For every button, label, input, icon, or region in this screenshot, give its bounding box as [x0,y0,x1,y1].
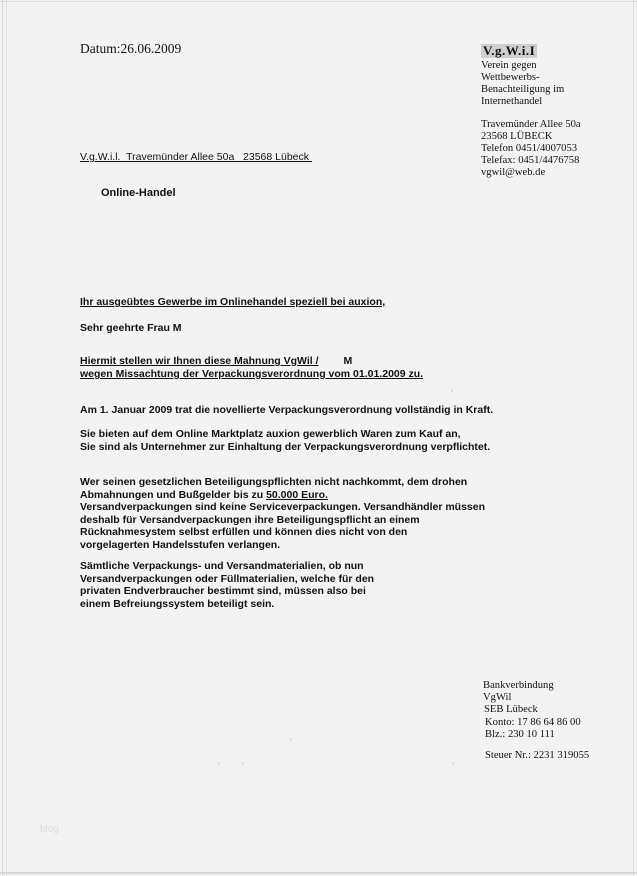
page-border-right [633,0,634,876]
body-paragraph-1: Am 1. Januar 2009 trat die novellierte V… [80,404,493,417]
letter-date: Datum:26.06.2009 [80,41,181,57]
tax-number: Steuer Nr.: 2231 319055 [483,750,589,762]
subject-line: Ihr ausgeübtes Gewerbe im Onlinehandel s… [80,296,385,308]
notice-prefix: Hiermit stellen wir Ihnen diese Mahnung … [80,355,319,367]
scan-speck [451,389,453,392]
page-border-top [0,1,637,2]
paragraph-line: Sie sind als Unternehmer zur Einhaltung … [80,441,490,454]
scan-speck [242,762,244,765]
sender-address-line: V.g.W.i.l. Travemünder Allee 50a 23568 L… [80,151,312,163]
bank-details: Bankverbindung VgWil SEB Lübeck Konto: 1… [483,680,589,762]
recipient: Online-Handel [101,187,176,199]
org-street: Travemünder Allee 50a [481,119,631,131]
org-email: vgwil@web.de [481,167,631,179]
watermark: blog [40,824,59,835]
bank-account-number: Konto: 17 86 64 86 00 [483,717,589,729]
org-phone: Telefon 0451/4007053 [481,143,631,155]
paragraph-line: Rücknahmesystem selbst erfüllen und könn… [80,526,485,539]
bank-account-holder: VgWil [483,692,589,704]
body-paragraph-2: Sie bieten auf dem Online Marktplatz aux… [80,428,490,453]
organization-logo: V.g.W.i.I [481,44,537,58]
paragraph-line: Versandverpackungen oder Füllmaterialien… [80,573,374,586]
notice-recipient-name: M [344,355,429,367]
scan-speck [218,762,220,765]
org-name-line: Benachteiligung im [481,84,631,96]
paragraph-line: Versandverpackungen sind keine Serviceve… [80,501,485,514]
paragraph-line: Sie bieten auf dem Online Marktplatz aux… [80,428,490,441]
org-name-line: Internethandel [481,96,631,108]
org-name-line: Wettbewerbs- [481,72,631,84]
paragraph-line: Sämtliche Verpackungs- und Versandmateri… [80,560,374,573]
organization-letterhead: V.g.W.i.I Verein gegen Wettbewerbs- Bena… [481,42,631,179]
salutation: Sehr geehrte Frau M [80,322,182,334]
page-border-left [2,0,7,876]
bank-name: SEB Lübeck [483,704,589,716]
body-paragraph-3: Wer seinen gesetzlichen Beteiligungspfli… [80,476,485,552]
paragraph-line: vorgelagerten Handelsstufen verlangen. [80,539,485,552]
bank-heading: Bankverbindung [483,680,589,692]
org-fax: Telefax: 0451/4476758 [481,155,631,167]
notice-line-2: wegen Missachtung der Verpackungsverordn… [80,368,423,380]
paragraph-line: Abmahnungen und Bußgelder bis zu 50.000 … [80,489,485,502]
notice-line-1: Hiermit stellen wir Ihnen diese Mahnung … [80,355,429,367]
paragraph-line: einem Befreiungssystem beteiligt sein. [80,598,374,611]
org-city: 23568 LÜBECK [481,131,631,143]
paragraph-line: Wer seinen gesetzlichen Beteiligungspfli… [80,476,485,489]
fine-amount: 50.000 Euro. [266,489,328,501]
paragraph-line: deshalb für Versandverpackungen ihre Bet… [80,514,485,527]
page-border-bottom [0,872,637,874]
org-name-line: Verein gegen [481,60,631,72]
bank-code: Blz.: 230 10 111 [483,729,589,741]
paragraph-line: privaten Endverbraucher bestimmt sind, m… [80,585,374,598]
scan-speck [452,762,454,765]
scan-speck [290,738,292,741]
body-paragraph-4: Sämtliche Verpackungs- und Versandmateri… [80,560,374,610]
fine-text: Abmahnungen und Bußgelder bis zu [80,489,266,501]
